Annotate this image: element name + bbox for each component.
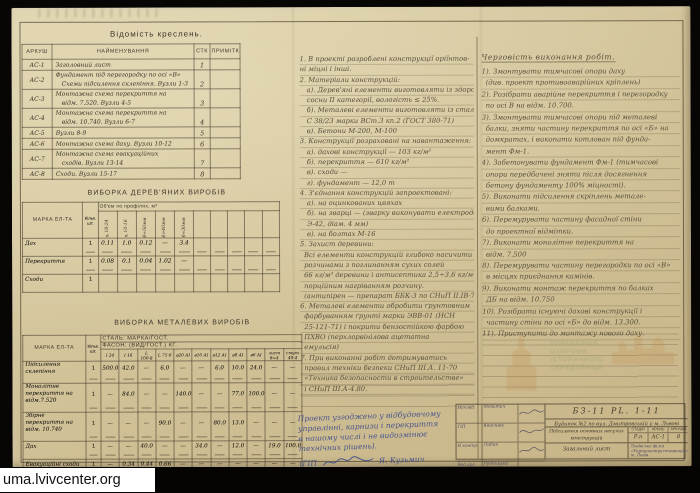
signature-row: Нач.від. Могитич <box>456 404 544 423</box>
sequence-line: вими балками. <box>482 203 680 215</box>
sheet-subject: Підсилення основних несучих конструкцій <box>545 427 628 442</box>
profile-header: б=50мм <box>136 211 155 238</box>
col-header-pages: СТК <box>194 44 210 59</box>
table-row: АС-6 Монтажна схема даху. Вузли 10-12 6 <box>22 138 240 150</box>
note-line: г). фундамент — 12,0 т <box>300 178 474 189</box>
archive-stamp: УПРАВЛІННЯ ОХОРОНИ ІСТОРИЧНОГО СЕРЕДОВИЩ… <box>500 326 676 396</box>
note-line: сосни ІІ категорії, вологість ≤ 25%. <box>300 96 474 107</box>
blank-ruled-lines <box>300 365 474 409</box>
title-block: Нач.від. Могитич ГІП Кваснюк Н.контр. Ли… <box>455 403 685 460</box>
col-header-name: НАЙМЕНУВАННЯ <box>52 44 194 59</box>
stamp-text: УПРАВЛІННЯ ОХОРОНИ ІСТОРИЧНОГО СЕРЕДОВИЩ… <box>550 340 604 372</box>
note-line: порційним нагріванням розчину. <box>300 281 474 292</box>
table-row: Дах 1 0.11 1.0 0.12 — 3.4 <box>23 238 280 249</box>
col-header-marka: МАРКА ЕЛ-ТА <box>23 335 86 361</box>
col-header-qty: Кільк.шт. <box>86 335 101 361</box>
profile-header: ⌀20 АІ <box>174 349 192 361</box>
col-header-volume-span: Об'єм по профілях, м³ <box>98 202 280 211</box>
title-block-main: БЗ-11 РL. 1-11 Будинок №2 по вул. Дмитро… <box>545 404 688 458</box>
table-row: Підсилення склепіння 1 500.042.0—6.0——6.… <box>23 361 302 376</box>
sequence-line: 2). Розібрати аварійне перекриття і пере… <box>482 89 680 101</box>
sheet-value: АС-1 <box>649 433 668 442</box>
metal-table-title: ВИБОРКА МЕТАЛЕВИХ ВИРОБІВ <box>82 319 282 327</box>
note-line: в). на болтах М-16 <box>300 230 474 241</box>
archive-watermark: uma.lvivcenter.org <box>0 468 155 492</box>
sequence-line: мент Фм-1. <box>482 146 680 158</box>
sheets-total-value: 8 <box>669 433 688 442</box>
sequence-line: домкратах, і викопати котлован під фунда… <box>482 135 680 147</box>
drawings-table: АРКУШ НАЙМЕНУВАННЯ СТК ПРИМІТКА АС-1 Заг… <box>21 43 240 180</box>
profile-header: смуга 40·4 <box>283 349 301 361</box>
note-line: С 38/23 марки ВСт.3 кп.2 (ГОСТ 380-71) <box>300 116 474 127</box>
profile-header: ⌀8 АІ <box>229 349 247 361</box>
note-line: 4. З'єднання конструкцій запроектовані: <box>300 189 474 200</box>
table-row: Дах 1 ——40.0——34.0—12.0—19.0100.0 <box>23 441 302 452</box>
table-row: АС-1 Заголовний лист 1 <box>22 59 240 71</box>
sequence-line: 8). Перемурувати частину перегородки по … <box>482 260 680 272</box>
note-line: а). дахові конструкції — 103 кг/м² <box>300 147 474 158</box>
table-row: Сходи 1 <box>23 274 280 285</box>
signature-scribble <box>519 445 545 455</box>
stage-value: Р.п <box>629 433 648 442</box>
dash-row <box>23 284 280 292</box>
signature-row: Н.контр. Либак <box>457 442 545 461</box>
sequence-line: 6). Перемурувати частину фасадної стіни <box>482 214 680 226</box>
profile-header: ⌀18-24 <box>98 211 117 238</box>
sequence-line: балки, зняти частину перекриття по осі «… <box>482 123 680 135</box>
sequence-line: 10). Розібрати існуючі дахові конструкці… <box>482 306 680 318</box>
note-line: б). Металеві елементи виготовляти із ста… <box>300 106 474 117</box>
note-line: фарбуванням ґрунті марки ЭВВ-01 (НСН <box>300 312 474 323</box>
sequence-line: 1). Змонтувати тимчасові опори даху <box>482 66 680 78</box>
note-line: ні міцні і інші. <box>300 65 474 76</box>
sequence-line: в місцях приєднання камінів. <box>482 271 680 283</box>
sequence-line: бетону фундаменту 100% міцності). <box>482 180 680 192</box>
table-row: АС-2 Фундамент під перегородку по осі «В… <box>22 70 240 90</box>
note-line: Э-42, діам. 4 мм) <box>300 219 474 230</box>
profile-header: L 75·6 <box>156 349 174 361</box>
pencil-smudge <box>31 8 161 17</box>
note-line: 5. Захист деревини: <box>300 240 474 251</box>
note-line: а). на оцинкованих цвяхах <box>300 199 474 210</box>
sheet-name: Загальний лист <box>546 443 629 458</box>
church-silhouette-icon <box>500 335 542 391</box>
profile-header: ⌀16 АІ <box>192 349 210 361</box>
profile-header: лист б=4 <box>265 349 283 361</box>
sequence-line: 5). Виконати підсилення скріплень метале… <box>482 192 680 204</box>
sequence-line: 9). Виконати монтаж перекриття по балках <box>482 283 680 295</box>
sequence-line: опори передбачені зняти після досягнення <box>482 169 680 181</box>
note-line: б). на зварці — (зварку виконувати елект… <box>300 209 474 220</box>
note-line: ПХВО (перхлорвінілова ацетатна <box>300 333 474 344</box>
sequence-line: до проектної відмітки. <box>482 226 680 238</box>
note-line: емульсія) <box>300 343 474 354</box>
note-line: (антипірен — препарат ББК-3 по СНиП ІІ.І… <box>300 292 474 303</box>
profile-header: ⌀10-16 <box>117 211 136 238</box>
sequence-line: (див. проект противоаварійних кріплень) <box>482 78 680 90</box>
note-line: 25-121-71) і покрити бензостійкою фарбою <box>300 322 474 333</box>
table-row: Збірне перекриття на відм. 10.740 1 ———9… <box>23 412 302 434</box>
profile-header: І 24 <box>101 349 119 361</box>
wood-products-table: МАРКА ЕЛ-ТА Кільк.шт. Об'єм по профілях,… <box>22 201 280 293</box>
profile-header: І 16 <box>119 349 137 361</box>
note-line: 6. Металеві елементи обробити ґрунтовним <box>300 302 474 313</box>
note-line: 3. Конструкції розраховані на навантажен… <box>300 137 474 148</box>
approval-note: Проект узгоджено у відбудовчому управлін… <box>298 408 480 471</box>
work-sequence-title: Черговість виконання робіт. <box>482 52 616 62</box>
col-header-marka: МАРКА ЕЛ-ТА <box>22 202 83 238</box>
general-notes: 1. В проекті розроблені конструкції орії… <box>300 55 475 395</box>
table-row: АС-5 Вузли 8-9 5 <box>22 127 240 139</box>
profile-header: б=40мм <box>155 211 174 238</box>
profile-header: б=30мм <box>174 211 193 238</box>
note-line: 7. При виконанні робіт дотримуватись <box>300 353 474 364</box>
note-line: в). сходи — <box>300 168 474 179</box>
metal-products-table: МАРКА ЕЛ-ТА Кільк.шт. СТАЛЬ: МАРКА/ГОСТ.… <box>22 334 302 478</box>
profile-header: ⌀12 АІ <box>210 349 228 361</box>
note-line: в). Бетони М-200, М-100 <box>300 127 474 138</box>
table-row: АС-3 Монтажна схема перекриття навідм. 7… <box>22 89 240 109</box>
profile-header: ⌀6 АІ <box>247 349 265 361</box>
signature-table: Нач.від. Могитич ГІП Кваснюк Н.контр. Ли… <box>456 404 545 458</box>
signature-name: Я. Кузьмич <box>379 454 425 465</box>
organization: Львівська філія «Укрпроектреставрація» м… <box>629 443 689 458</box>
sequence-line: відм. 7.500 <box>482 249 680 261</box>
col-header-note: ПРИМІТКА <box>210 44 240 59</box>
note-line: б). перекриття — 610 кг/м² <box>300 158 474 169</box>
col-header-qty: Кільк.шт. <box>83 202 98 238</box>
signature-scribble <box>518 426 544 436</box>
table-row: Монолітне перекриття на відм.7.520 1 —84… <box>23 383 302 405</box>
sequence-line: 3). Змонтувати тимчасові опори під метал… <box>482 112 680 124</box>
sequence-line: ДБ на відм. 10.750 <box>482 294 680 306</box>
scanned-sheet: Відомість креслень. АРКУШ НАЙМЕНУВАННЯ С… <box>11 6 691 468</box>
table-row: АС-8 Сходи. Вузли 15-17 8 <box>22 168 240 180</box>
signature-row: ГІП Кваснюк <box>456 423 544 442</box>
note-line: 2. Матеріали конструкцій: <box>300 75 474 86</box>
profile-header: L 100·8 <box>137 349 155 361</box>
table-row: Перекриття 1 0.08 0.1 0.04 1.02 — <box>23 256 280 267</box>
city-silhouette-icon <box>612 332 674 364</box>
sequence-line: по осі В на відм. 10.700. <box>482 100 680 112</box>
note-line: 1. В проекті розроблені конструкції орії… <box>300 55 474 66</box>
drawing-code: БЗ-11 РL. 1-11 <box>545 404 688 419</box>
note-line: розчинами з поглинанням сухих солей <box>300 261 474 272</box>
work-sequence: Черговість виконання робіт. 1). Змонтува… <box>481 44 680 340</box>
table-row: АС-7 Монтажна схема евакуаційнихсходів. … <box>22 149 240 169</box>
sequence-line: 7). Виконати монолітне перекриття на <box>482 237 680 249</box>
col-header-sheet: АРКУШ <box>22 44 52 59</box>
stage-grid: СТАДІЯ Р.п АРКУШ АС-1 АРКУШІВ 8 <box>628 427 688 442</box>
signature-scribble <box>518 407 544 417</box>
table-row: АС-4 Монтажна схема перекриття навідм. 1… <box>22 108 240 128</box>
note-line: а). Дерев'яні елементи виготовляти із зд… <box>300 86 474 97</box>
sequence-line: 4). Забетонувати фундамент Фм-1 (тимчасо… <box>482 157 680 169</box>
note-line: 66 кг/м³ деревини і антисептика 2,5÷3,6 … <box>300 271 474 282</box>
wood-table-title: ВИБОРКА ДЕРЕВ'ЯНИХ ВИРОБІВ <box>57 189 257 197</box>
drawings-table-title: Відомість креслень. <box>71 29 241 38</box>
note-line: Всі елементи конструкцій глибоко насичит… <box>300 250 474 261</box>
